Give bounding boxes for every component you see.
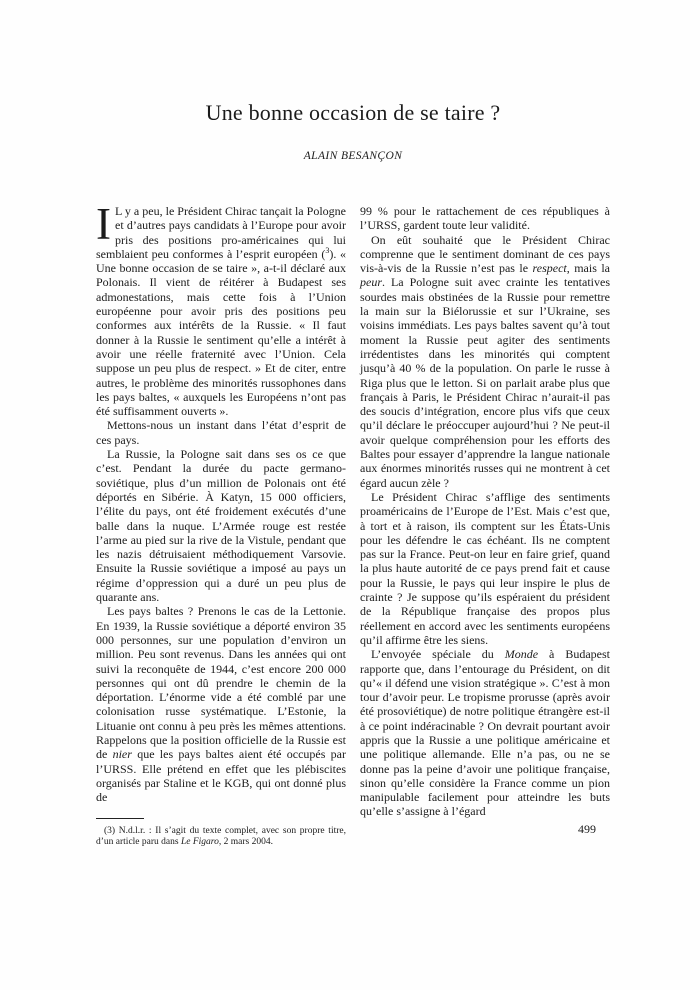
paragraph: La Russie, la Pologne sait dans ses os c… [96, 447, 346, 604]
text-run: Mettons-nous un instant dans l’état d’es… [96, 418, 346, 446]
column-right: 99 % pour le rattachement de ces républi… [360, 204, 610, 848]
paragraph: On eût souhaité que le Président Chirac … [360, 233, 610, 490]
paragraph: 99 % pour le rattachement de ces républi… [360, 204, 610, 233]
text-run: L y a peu, le Président Chirac tançait l… [96, 204, 346, 261]
text-run: ). « Une bonne occasion de se taire », a… [96, 247, 346, 418]
paragraph: Les pays baltes ? Prenons le cas de la L… [96, 604, 346, 804]
footnote-rule [96, 818, 144, 819]
paragraph: (3) N.d.l.r. : Il s’agit du texte comple… [96, 826, 346, 848]
column-left-text: IL y a peu, le Président Chirac tançait … [96, 204, 346, 804]
paragraph: Le Président Chirac s’afflige des sentim… [360, 490, 610, 647]
italic-text: nier [113, 747, 132, 761]
text-run: Le Président Chirac s’afflige des sentim… [360, 490, 610, 647]
text-run: Les pays baltes ? Prenons le cas de la L… [96, 604, 346, 761]
paragraph: Mettons-nous un instant dans l’état d’es… [96, 418, 346, 447]
text-run: . La Pologne suit avec crainte les tenta… [360, 275, 610, 489]
paragraph: IL y a peu, le Président Chirac tançait … [96, 204, 346, 418]
italic-text: Monde [505, 647, 538, 661]
footnote-block: (3) N.d.l.r. : Il s’agit du texte comple… [96, 818, 346, 848]
article-page: Une bonne occasion de se taire ? ALAIN B… [0, 0, 700, 990]
text-run: L’envoyée spéciale du [371, 647, 505, 661]
article-title: Une bonne occasion de se taire ? [96, 100, 610, 126]
article-content: Une bonne occasion de se taire ? ALAIN B… [96, 0, 610, 848]
text-run: 99 % pour le rattachement de ces républi… [360, 204, 610, 232]
text-run: , mais la [567, 261, 610, 275]
page-number: 499 [578, 822, 596, 837]
italic-text: Le Figaro [181, 837, 219, 847]
text-run: que les pays baltes aient été occupés pa… [96, 747, 346, 804]
text-run: , 2 mars 2004. [219, 837, 273, 847]
text-run: La Russie, la Pologne sait dans ses os c… [96, 447, 346, 604]
footnote-text: (3) N.d.l.r. : Il s’agit du texte comple… [96, 826, 346, 848]
column-left: IL y a peu, le Président Chirac tançait … [96, 204, 346, 848]
drop-cap: I [96, 204, 115, 242]
article-author: ALAIN BESANÇON [96, 150, 610, 162]
italic-text: respect [533, 261, 567, 275]
italic-text: peur [360, 275, 382, 289]
paragraph: L’envoyée spéciale du Monde à Budapest r… [360, 647, 610, 819]
column-right-text: 99 % pour le rattachement de ces républi… [360, 204, 610, 819]
article-columns: IL y a peu, le Président Chirac tançait … [96, 204, 610, 848]
text-run: à Budapest rapporte que, dans l’entourag… [360, 647, 610, 818]
